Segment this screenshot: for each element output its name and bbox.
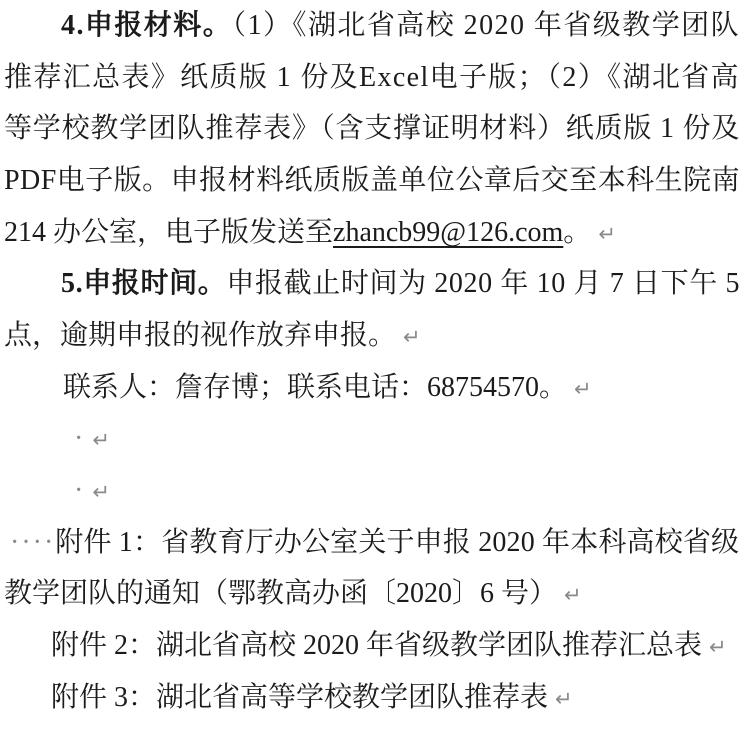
text-line: 教学团队的通知（鄂教高办函〔2020〕6 号）↵ <box>4 568 740 620</box>
text-segment: 214 办公室，电子版发送至 <box>4 217 333 248</box>
line-text: PDF电子版。申报材料纸质版盖单位公章后交至本科生院南 <box>4 165 740 196</box>
text-line: ·↵ <box>4 413 740 465</box>
line-text: ·↵ <box>74 475 110 506</box>
text-segment: 推荐汇总表》纸质版 1 份及Excel电子版；（2）《湖北省高 <box>4 62 740 93</box>
line-text: 点，逾期申报的视作放弃申报。↵ <box>4 320 421 351</box>
formatting-dot: · <box>74 423 85 454</box>
text-segment: 等学校教学团队推荐表》（含支撑证明材料）纸质版 1 份及 <box>4 113 740 144</box>
text-line: PDF电子版。申报材料纸质版盖单位公章后交至本科生院南 <box>4 155 740 207</box>
line-text: 等学校教学团队推荐表》（含支撑证明材料）纸质版 1 份及 <box>4 113 740 144</box>
text-line: 等学校教学团队推荐表》（含支撑证明材料）纸质版 1 份及 <box>4 103 740 155</box>
text-segment: 申报截止时间为 2020 年 10 月 7 日下午 5 <box>226 268 740 299</box>
line-text: 附件 3：湖北省高等学校教学团队推荐表↵ <box>51 682 573 713</box>
paragraph-return-icon: ↵ <box>403 325 421 349</box>
line-text: 4.申报材料。（1）《湖北省高校 2020 年省级教学团队 <box>61 10 740 41</box>
space-marks: ···· <box>10 527 55 558</box>
text-line: 点，逾期申报的视作放弃申报。↵ <box>4 310 740 362</box>
paragraph-return-icon: ↵ <box>564 583 582 607</box>
text-segment: 附件 2：湖北省高校 2020 年省级教学团队推荐汇总表 <box>51 630 702 661</box>
line-text: 推荐汇总表》纸质版 1 份及Excel电子版；（2）《湖北省高 <box>4 62 740 93</box>
text-line: 联系人：詹存博；联系电话：68754570。↵ <box>4 362 740 414</box>
page: 4.申报材料。（1）《湖北省高校 2020 年省级教学团队 推荐汇总表》纸质版 … <box>0 0 744 739</box>
text-segment: PDF电子版。申报材料纸质版盖单位公章后交至本科生院南 <box>4 165 740 196</box>
text-line: 4.申报材料。（1）《湖北省高校 2020 年省级教学团队 <box>4 0 740 52</box>
text-line: 附件 3：湖北省高等学校教学团队推荐表↵ <box>4 672 740 724</box>
text-line: ·↵ <box>4 465 740 517</box>
text-line: 推荐汇总表》纸质版 1 份及Excel电子版；（2）《湖北省高 <box>4 52 740 104</box>
paragraph-return-icon: ↵ <box>92 428 110 452</box>
text-segment: 联系人：詹存博；联系电话：68754570。 <box>63 372 567 403</box>
text-segment: 附件 3：湖北省高等学校教学团队推荐表 <box>51 682 548 713</box>
text-segment: 教学团队的通知（鄂教高办函〔2020〕6 号） <box>4 578 557 609</box>
line-text: 附件 2：湖北省高校 2020 年省级教学团队推荐汇总表↵ <box>51 630 727 661</box>
paragraph-return-icon: ↵ <box>92 480 110 504</box>
text-line: ····附件 1：省教育厅办公室关于申报 2020 年本科高校省级 <box>4 517 740 569</box>
line-text: ····附件 1：省教育厅办公室关于申报 2020 年本科高校省级 <box>10 527 739 558</box>
paragraph-return-icon: ↵ <box>709 635 727 659</box>
email-link[interactable]: zhancb99@126.com <box>333 217 563 248</box>
paragraph-return-icon: ↵ <box>598 222 616 246</box>
text-segment: 4.申报材料。 <box>61 10 232 41</box>
text-segment: 点，逾期申报的视作放弃申报。 <box>4 320 396 351</box>
paragraph-return-icon: ↵ <box>574 377 592 401</box>
line-text: 教学团队的通知（鄂教高办函〔2020〕6 号）↵ <box>4 578 582 609</box>
text-segment: （1）《湖北省高校 2020 年省级教学团队 <box>232 10 740 41</box>
text-segment: 。 <box>563 217 591 248</box>
paragraph-return-icon: ↵ <box>555 687 573 711</box>
text-line: 5.申报时间。申报截止时间为 2020 年 10 月 7 日下午 5 <box>4 258 740 310</box>
formatting-dot: · <box>74 475 85 506</box>
text-line: 214 办公室，电子版发送至zhancb99@126.com。↵ <box>4 207 740 259</box>
line-text: 5.申报时间。申报截止时间为 2020 年 10 月 7 日下午 5 <box>61 268 740 299</box>
line-text: ·↵ <box>74 423 110 454</box>
line-text: 联系人：詹存博；联系电话：68754570。↵ <box>63 372 592 403</box>
text-line: 附件 2：湖北省高校 2020 年省级教学团队推荐汇总表↵ <box>4 620 740 672</box>
text-segment: 5.申报时间。 <box>61 268 226 299</box>
text-segment: 附件 1：省教育厅办公室关于申报 2020 年本科高校省级 <box>55 527 739 558</box>
line-text: 214 办公室，电子版发送至zhancb99@126.com。↵ <box>4 217 616 248</box>
